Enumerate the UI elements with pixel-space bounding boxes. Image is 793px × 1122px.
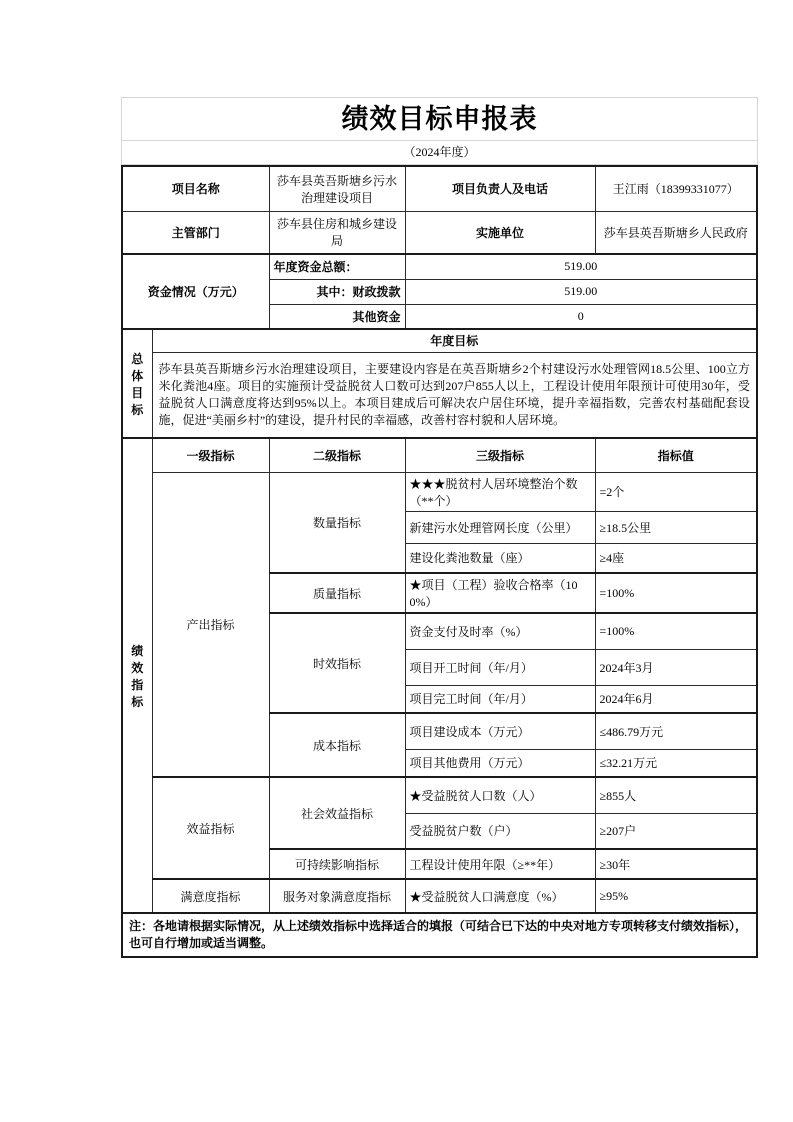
perf-header-level3: 三级指标 (405, 438, 595, 472)
perf-level1-satisfaction: 满意度指标 (152, 879, 269, 913)
funding-other-value: 0 (405, 304, 757, 329)
table-row: 总体目标 年度目标 (122, 329, 757, 352)
perf-header-value: 指标值 (595, 438, 757, 472)
perf-level2-sustain: 可持续影响指标 (269, 849, 405, 879)
perf-section-label: 绩效指标 (122, 438, 152, 913)
project-name-value: 莎车县英吾斯塘乡污水治理建设项目 (269, 166, 405, 211)
perf-value: ≥30年 (595, 849, 757, 879)
perf-indicator: 新建污水处理管网长度（公里） (405, 511, 595, 543)
perf-indicator: ★受益脱贫人口数（人） (405, 777, 595, 813)
footnote: 注：各地请根据实际情况，从上述绩效指标中选择适合的填报（可结合已下达的中央对地方… (122, 913, 757, 957)
funding-total-value: 519.00 (405, 254, 757, 279)
perf-indicator: 项目开工时间（年/月） (405, 649, 595, 685)
perf-value: =100% (595, 573, 757, 613)
table-row: 效益指标 社会效益指标 ★受益脱贫人口数（人） ≥855人 (122, 777, 757, 813)
leader-label: 项目负责人及电话 (405, 166, 595, 211)
leader-value: 王江雨（18399331077） (595, 166, 757, 211)
form-subtitle: （2024年度） (121, 140, 758, 165)
perf-value: ≤32.21万元 (595, 749, 757, 777)
perf-level1-benefit: 效益指标 (152, 777, 269, 879)
perf-value: ≥18.5公里 (595, 511, 757, 543)
perf-level2-social: 社会效益指标 (269, 777, 405, 849)
perf-value: ≥207户 (595, 813, 757, 849)
overall-goal-label: 总体目标 (122, 329, 152, 438)
form-document: 绩效目标申报表 （2024年度） 项目名称 莎车县英吾斯塘乡污水治理建设项目 项… (121, 97, 758, 958)
table-row: 资金情况（万元） 年度资金总额： 519.00 (122, 254, 757, 279)
perf-value: ≥855人 (595, 777, 757, 813)
perf-indicator: 工程设计使用年限（≥**年） (405, 849, 595, 879)
impl-label: 实施单位 (405, 211, 595, 254)
table-row: 满意度指标 服务对象满意度指标 ★受益脱贫人口满意度（%） ≥95% (122, 879, 757, 913)
table-row: 注：各地请根据实际情况，从上述绩效指标中选择适合的填报（可结合已下达的中央对地方… (122, 913, 757, 957)
perf-value: 2024年6月 (595, 685, 757, 713)
perf-value: ≥4座 (595, 543, 757, 573)
perf-level2-time: 时效指标 (269, 613, 405, 713)
dept-value: 莎车县住房和城乡建设局 (269, 211, 405, 254)
perf-value: ≥95% (595, 879, 757, 913)
perf-indicator: 建设化粪池数量（座） (405, 543, 595, 573)
perf-indicator: 项目其他费用（万元） (405, 749, 595, 777)
impl-value: 莎车县英吾斯塘乡人民政府 (595, 211, 757, 254)
perf-indicator: ★受益脱贫人口满意度（%） (405, 879, 595, 913)
perf-indicator: 受益脱贫户数（户） (405, 813, 595, 849)
table-row: 主管部门 莎车县住房和城乡建设局 实施单位 莎车县英吾斯塘乡人民政府 (122, 211, 757, 254)
perf-indicator: ★★★脱贫村人居环境整治个数（**个） (405, 472, 595, 511)
perf-indicator: ★项目（工程）验收合格率（100%） (405, 573, 595, 613)
annual-goal-text: 莎车县英吾斯塘乡污水治理建设项目，主要建设内容是在英吾斯塘乡2个村建设污水处理管… (152, 352, 757, 438)
table-row: 莎车县英吾斯塘乡污水治理建设项目，主要建设内容是在英吾斯塘乡2个村建设污水处理管… (122, 352, 757, 438)
funding-total-label: 年度资金总额： (269, 254, 405, 279)
perf-indicator: 资金支付及时率（%） (405, 613, 595, 649)
table-row: 绩效指标 一级指标 二级指标 三级指标 指标值 (122, 438, 757, 472)
dept-label: 主管部门 (122, 211, 269, 254)
table-row: 产出指标 数量指标 ★★★脱贫村人居环境整治个数（**个） =2个 (122, 472, 757, 511)
project-name-label: 项目名称 (122, 166, 269, 211)
perf-header-level2: 二级指标 (269, 438, 405, 472)
perf-value: =100% (595, 613, 757, 649)
perf-value: ≤486.79万元 (595, 713, 757, 749)
funding-label: 资金情况（万元） (122, 254, 269, 329)
form-table: 项目名称 莎车县英吾斯塘乡污水治理建设项目 项目负责人及电话 王江雨（18399… (121, 165, 758, 958)
perf-header-level1: 一级指标 (152, 438, 269, 472)
perf-level2-cost: 成本指标 (269, 713, 405, 777)
perf-level2-quality: 质量指标 (269, 573, 405, 613)
perf-level1-output: 产出指标 (152, 472, 269, 777)
perf-level2-quantity: 数量指标 (269, 472, 405, 573)
annual-goal-header: 年度目标 (152, 329, 757, 352)
perf-value: 2024年3月 (595, 649, 757, 685)
perf-indicator: 项目建设成本（万元） (405, 713, 595, 749)
perf-indicator: 项目完工时间（年/月） (405, 685, 595, 713)
table-row: 项目名称 莎车县英吾斯塘乡污水治理建设项目 项目负责人及电话 王江雨（18399… (122, 166, 757, 211)
funding-other-label: 其他资金 (269, 304, 405, 329)
perf-level2-service: 服务对象满意度指标 (269, 879, 405, 913)
page: 绩效目标申报表 （2024年度） 项目名称 莎车县英吾斯塘乡污水治理建设项目 项… (0, 0, 793, 1122)
form-title: 绩效目标申报表 (121, 97, 758, 140)
perf-value: =2个 (595, 472, 757, 511)
funding-fiscal-value: 519.00 (405, 279, 757, 304)
funding-fiscal-label: 其中：财政拨款 (269, 279, 405, 304)
